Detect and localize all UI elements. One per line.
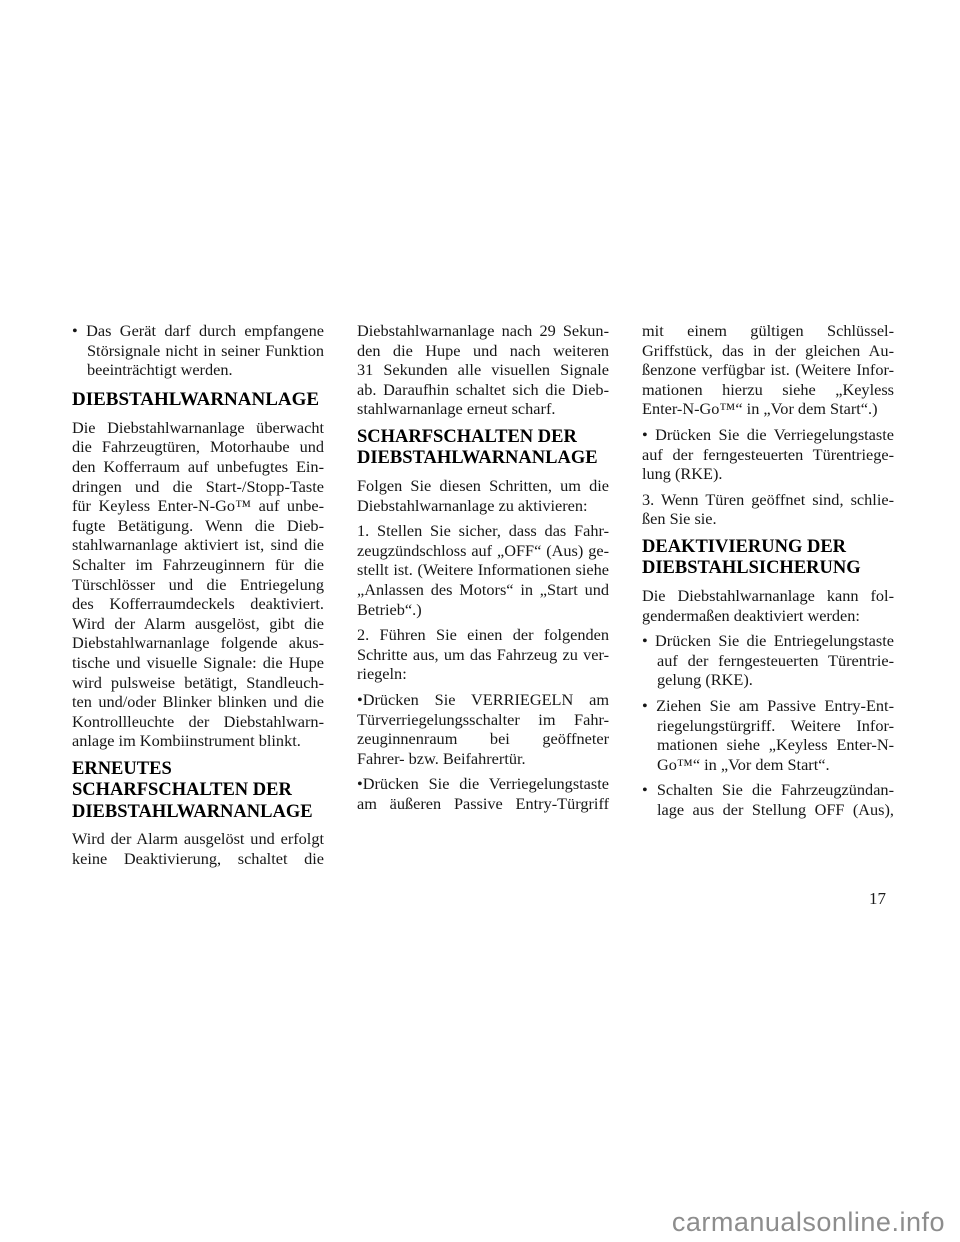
text-line: mationen siehe „Keyless Enter-N- <box>657 735 894 755</box>
text-line: beeinträchtigt werden. <box>87 360 324 380</box>
paragraph: Die Diebstahlwarnanlage kann fol-genderm… <box>642 586 894 625</box>
text-line: Türverriegelungsschalter im Fahr- <box>357 710 609 730</box>
text-line: Diebstahlwarnanlage folgende akus- <box>72 633 324 653</box>
text-line: •Drücken Sie VERRIEGELN am <box>357 690 609 710</box>
text-line: Diebstahlwarnanlage nach 29 Sekun- <box>357 321 609 341</box>
text-line: Griffstück, das in der gleichen Au- <box>642 341 894 361</box>
manual-page: • Das Gerät darf durch empfangeneStörsig… <box>0 0 960 1242</box>
text-line: lung (RKE). <box>642 464 894 484</box>
text-column-1: • Das Gerät darf durch empfangeneStörsig… <box>72 321 324 875</box>
text-line: ßen Sie sie. <box>642 509 894 529</box>
heading-2: ERNEUTESSCHARFSCHALTEN DERDIEBSTAHLWARNA… <box>72 759 324 824</box>
text-line: ten und/oder Blinker blinken und die <box>72 692 324 712</box>
text-line: • Ziehen Sie am Passive Entry-Ent- <box>657 696 894 716</box>
bullet-item: •Drücken Sie die Verriegelungstasteam äu… <box>357 774 609 813</box>
bullet-item: •Drücken Sie VERRIEGELN amTürverriegelun… <box>357 690 609 768</box>
text-line: zeugzündschloss auf „OFF“ (Aus) ge- <box>357 541 609 561</box>
text-line: 2. Führen Sie einen der folgenden <box>357 625 609 645</box>
text-line: mit einem gültigen Schlüssel- <box>642 321 894 341</box>
text-line: Betrieb“.) <box>357 600 609 620</box>
bullet-item: • Drücken Sie die Entriegelungstasteauf … <box>642 631 894 690</box>
text-columns: • Das Gerät darf durch empfangeneStörsig… <box>72 321 894 875</box>
heading-1: DIEBSTAHLWARNANLAGE <box>72 388 324 412</box>
text-line: Go™“ in „Vor dem Start“. <box>657 755 894 775</box>
text-line: SCHARFSCHALTEN DER <box>72 780 324 802</box>
bullet-item: • Ziehen Sie am Passive Entry-Ent-riegel… <box>642 696 894 774</box>
text-line: DIEBSTAHLWARNANLAGE <box>72 388 324 412</box>
heading-2: SCHARFSCHALTEN DERDIEBSTAHLWARNANLAGE <box>357 427 609 470</box>
text-line: •Drücken Sie die Verriegelungstaste <box>357 774 609 794</box>
paragraph: Diebstahlwarnanlage nach 29 Sekun-den di… <box>357 321 609 419</box>
text-line: wird pulsweise betätigt, Standleuch- <box>72 673 324 693</box>
text-line: ab. Daraufhin schaltet sich die Dieb- <box>357 380 609 400</box>
text-line: riegeln: <box>357 664 609 684</box>
text-line: dringen und die Start-/Stopp-Taste <box>72 477 324 497</box>
text-line: am äußeren Passive Entry-Türgriff <box>357 794 609 814</box>
paragraph: Wird der Alarm ausgelöst und erfolgtkein… <box>72 829 324 868</box>
text-line: fugte Betätigung. Wenn die Dieb- <box>72 516 324 536</box>
text-line: gelung (RKE). <box>657 670 894 690</box>
text-line: Kontrollleuchte der Diebstahlwarn- <box>72 712 324 732</box>
text-line: Fahrer- bzw. Beifahrertür. <box>357 749 609 769</box>
bullet-item: • Drücken Sie die Verriegelungstasteauf … <box>642 425 894 484</box>
text-line: Die Diebstahlwarnanlage kann fol- <box>642 586 894 606</box>
paragraph: Folgen Sie diesen Schritten, um dieDiebs… <box>357 476 609 515</box>
text-column-2: Diebstahlwarnanlage nach 29 Sekun-den di… <box>357 321 609 875</box>
text-line: des Kofferraumdeckels deaktiviert. <box>72 594 324 614</box>
text-line: mationen hierzu siehe „Keyless <box>642 380 894 400</box>
heading-2: DEAKTIVIERUNG DERDIEBSTAHLSICHERUNG <box>642 537 894 580</box>
text-line: Wird der Alarm ausgelöst, gibt die <box>72 614 324 634</box>
text-line: riegelungstürgriff. Weitere Infor- <box>657 716 894 736</box>
text-line: DIEBSTAHLSICHERUNG <box>642 558 894 580</box>
text-line: die Fahrzeugtüren, Motorhaube und <box>72 437 324 457</box>
text-line: Wird der Alarm ausgelöst und erfolgt <box>72 829 324 849</box>
text-line: stellt ist. (Weitere Informationen siehe <box>357 560 609 580</box>
paragraph: 1. Stellen Sie sicher, dass das Fahr-zeu… <box>357 521 609 619</box>
text-line: 1. Stellen Sie sicher, dass das Fahr- <box>357 521 609 541</box>
text-line: stahlwarnanlage erneut scharf. <box>357 399 609 419</box>
text-line: „Anlassen des Motors“ in „Start und <box>357 580 609 600</box>
text-line: den Kofferraum auf unbefugtes Ein- <box>72 457 324 477</box>
text-line: für Keyless Enter-N-Go™ auf unbe- <box>72 496 324 516</box>
text-line: keine Deaktivierung, schaltet die <box>72 849 324 869</box>
text-line: Türschlösser und die Entriegelung <box>72 575 324 595</box>
text-line: • Drücken Sie die Entriegelungstaste <box>657 631 894 651</box>
text-line: auf der ferngesteuerten Türentrie- <box>657 651 894 671</box>
watermark-text: carmanualsonline.info <box>672 1207 945 1238</box>
text-line: 3. Wenn Türen geöffnet sind, schlie- <box>642 490 894 510</box>
text-line: ERNEUTES <box>72 759 324 781</box>
text-column-3: mit einem gültigen Schlüssel-Griffstück,… <box>642 321 894 875</box>
paragraph: Die Diebstahlwarnanlage überwachtdie Fah… <box>72 418 324 751</box>
text-line: anlage im Kombiinstrument blinkt. <box>72 731 324 751</box>
text-line: DEAKTIVIERUNG DER <box>642 537 894 559</box>
text-line: Folgen Sie diesen Schritten, um die <box>357 476 609 496</box>
paragraph: 3. Wenn Türen geöffnet sind, schlie-ßen … <box>642 490 894 529</box>
text-line: gendermaßen deaktiviert werden: <box>642 606 894 626</box>
text-line: Schritte aus, um das Fahrzeug zu ver- <box>357 645 609 665</box>
text-line: ßenzone verfügbar ist. (Weitere Infor- <box>642 360 894 380</box>
text-line: • Das Gerät darf durch empfangene <box>87 321 324 341</box>
text-line: Diebstahlwarnanlage zu aktivieren: <box>357 496 609 516</box>
text-line: auf der ferngesteuerten Türentriege- <box>642 445 894 465</box>
text-line: SCHARFSCHALTEN DER <box>357 427 609 449</box>
text-line: zeuginnenraum bei geöffneter <box>357 729 609 749</box>
paragraph: mit einem gültigen Schlüssel-Griffstück,… <box>642 321 894 419</box>
page-number: 17 <box>869 889 886 909</box>
text-line: Schalter im Fahrzeuginnern für die <box>72 555 324 575</box>
bullet-item: • Das Gerät darf durch empfangeneStörsig… <box>72 321 324 380</box>
text-line: tische und visuelle Signale: die Hupe <box>72 653 324 673</box>
bullet-item: • Schalten Sie die Fahrzeugzündan-lage a… <box>642 780 894 819</box>
text-line: • Schalten Sie die Fahrzeugzündan- <box>657 780 894 800</box>
text-line: Die Diebstahlwarnanlage überwacht <box>72 418 324 438</box>
text-line: den die Hupe und nach weiteren <box>357 341 609 361</box>
text-line: stahlwarnanlage aktiviert ist, sind die <box>72 535 324 555</box>
text-line: 31 Sekunden alle visuellen Signale <box>357 360 609 380</box>
text-line: Störsignale nicht in seiner Funktion <box>87 341 324 361</box>
text-line: Enter-N-Go™“ in „Vor dem Start“.) <box>642 399 894 419</box>
text-line: DIEBSTAHLWARNANLAGE <box>357 448 609 470</box>
text-line: DIEBSTAHLWARNANLAGE <box>72 802 324 824</box>
text-line: lage aus der Stellung OFF (Aus), <box>657 800 894 820</box>
text-line: • Drücken Sie die Verriegelungstaste <box>642 425 894 445</box>
paragraph: 2. Führen Sie einen der folgendenSchritt… <box>357 625 609 684</box>
